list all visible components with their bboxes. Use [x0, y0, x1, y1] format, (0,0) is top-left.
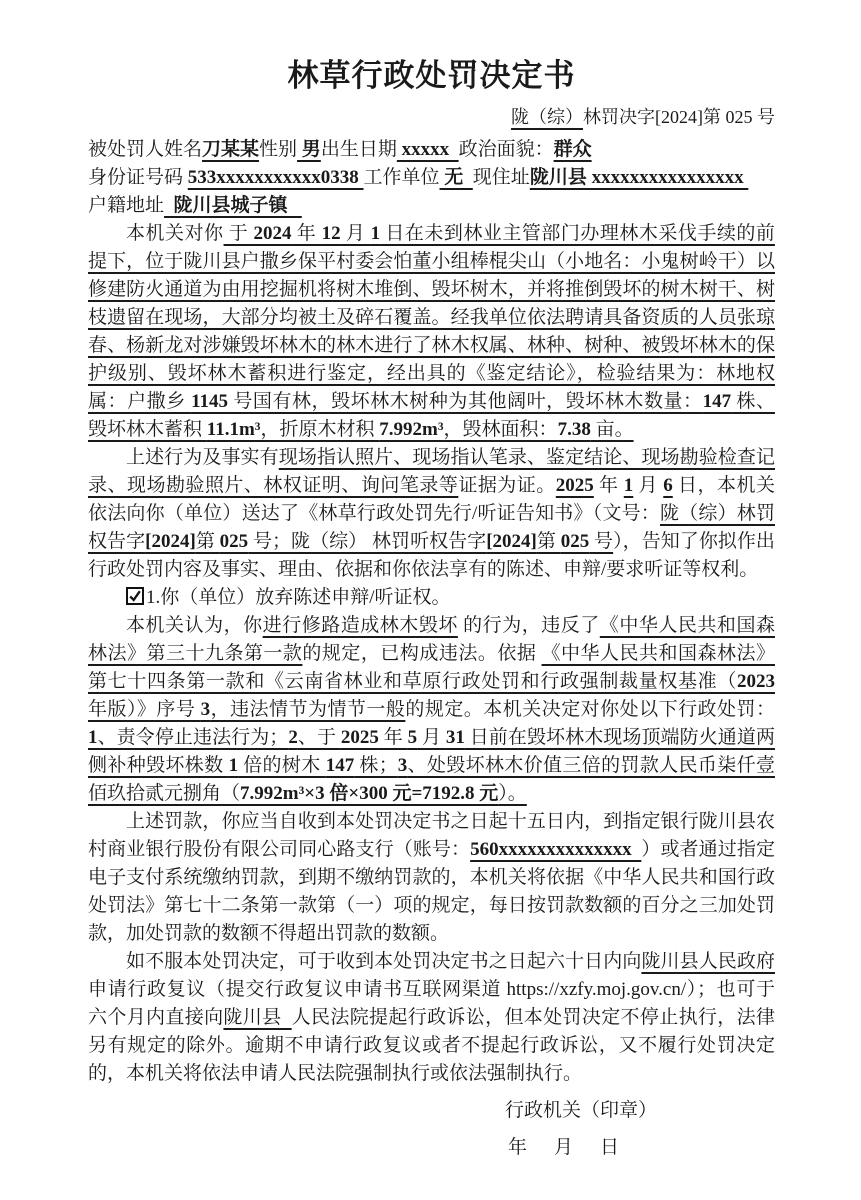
text-segment: 3	[201, 699, 211, 720]
text-segment: 1	[229, 755, 239, 776]
text-segment: 日在未到林业主管部门办理林木采伐手续的前提下，位于陇川县户撒乡保平村委会怕董小组…	[88, 223, 775, 412]
text-segment: 的行为，违反了	[458, 615, 600, 636]
text-segment: 025	[561, 531, 590, 552]
text-segment: 的规定，已构成违法。依据	[302, 643, 541, 664]
signature-date-line: 年 月 日	[88, 1133, 775, 1163]
info-line-registered-address: 户籍地址 陇川县城子镇	[88, 192, 775, 220]
text-segment: 2023	[737, 671, 775, 692]
text-segment: 户籍地址	[88, 195, 164, 216]
text-segment: 号；陇（综） 林罚听权告字	[248, 531, 486, 552]
waiver-statement-line: 1.你（单位）放弃陈述申辩/听证权。	[88, 584, 775, 612]
text-segment: 年版）》序号	[88, 699, 201, 720]
text-segment: 现住址	[473, 167, 530, 188]
text-segment: 被处罚人姓名	[88, 139, 202, 160]
text-segment: 月	[417, 727, 446, 748]
info-line-person: 被处罚人姓名刀某某性别 男出生日期 xxxxx 政治面貌：群众	[88, 136, 775, 164]
text-segment: 5	[408, 727, 418, 748]
text-segment: 1	[88, 727, 98, 748]
text-segment: 6	[663, 475, 673, 496]
text-segment: 林罚决字[2024]第 025 号	[583, 107, 775, 127]
text-segment: 陇（综）	[511, 107, 583, 127]
text-segment: 刀某某	[202, 139, 259, 160]
info-line-id: 身份证号码 533xxxxxxxxxxx0338 工作单位 无 现住址陇川县 x…	[88, 164, 775, 192]
text-segment: 1	[371, 223, 381, 244]
text-segment: 年	[292, 223, 322, 244]
text-segment: 025	[220, 531, 249, 552]
text-segment: 7.992m³	[379, 419, 443, 440]
text-segment: 证据为证。	[458, 475, 555, 496]
text-segment: 1	[624, 475, 634, 496]
text-segment: 株；	[354, 755, 397, 776]
text-segment: 7.992m³×3 倍×300 元=7192.8 元	[240, 783, 498, 804]
text-segment: 如不服本处罚决定，可于收到本处罚决定书之日起六十日内向	[126, 951, 641, 972]
text-segment: 147	[703, 391, 732, 412]
text-segment: 7.38	[558, 419, 591, 440]
text-segment: ，毁林面积：	[444, 419, 558, 440]
text-segment: 月	[633, 475, 663, 496]
text-segment: 2025	[341, 727, 379, 748]
text-segment: 陇川县 xxxxxxxxxxxxxxxx	[530, 167, 749, 188]
text-segment: 号	[589, 531, 613, 552]
text-segment: 533xxxxxxxxxxx0338	[188, 167, 364, 188]
paragraph-appeal-rights: 如不服本处罚决定，可于收到本处罚决定书之日起六十日内向陇川县人民政府申请行政复议…	[88, 948, 775, 1088]
text-segment: 陇川县人民政府	[641, 951, 775, 972]
text-segment: [2024]	[486, 531, 537, 552]
checked-checkbox-icon	[126, 587, 144, 605]
text-segment: 第	[196, 531, 220, 552]
document-number: 陇（综）林罚决字[2024]第 025 号	[88, 102, 775, 132]
paragraph-facts: 本机关对你 于 2024 年 12 月 1 日在未到林业主管部门办理林木采伐手续…	[88, 220, 775, 444]
text-segment: 2	[288, 727, 298, 748]
text-segment: 、责令停止违法行为；	[98, 727, 289, 748]
paragraph-payment: 上述罚款，你应当自收到本处罚决定书之日起十五日内，到指定银行陇川县农村商业银行股…	[88, 808, 775, 948]
text-segment: ，违法情节为情节一般	[210, 699, 405, 720]
text-segment: 月	[341, 223, 371, 244]
text-segment: 31	[446, 727, 465, 748]
text-segment: 1.你（单位）放弃陈述申辩/听证权。	[146, 587, 451, 608]
text-segment: 性别	[259, 139, 297, 160]
text-segment: 本机关对你	[126, 223, 224, 244]
text-segment: 陇川县	[223, 1007, 291, 1028]
text-segment: 无	[440, 167, 473, 188]
text-segment: 男	[297, 139, 321, 160]
penalty-decision-document: 林草行政处罚决定书 陇（综）林罚决字[2024]第 025 号 被处罚人姓名刀某…	[0, 0, 861, 1200]
text-segment: 号国有林，毁坏林木树种为其他阔叶，毁坏林木数量：	[228, 391, 703, 412]
text-segment: 3	[398, 755, 408, 776]
text-segment: 出生日期	[321, 139, 397, 160]
text-segment: 上述行为及事实有	[126, 447, 279, 468]
text-segment: 2024	[254, 223, 292, 244]
text-segment: 倍的树木	[238, 755, 326, 776]
text-segment: 工作单位	[364, 167, 440, 188]
text-segment: 身份证号码	[88, 167, 188, 188]
text-segment: 群众	[554, 139, 592, 160]
signature-authority-line: 行政机关（印章）	[88, 1096, 775, 1126]
text-segment: 本机关认为，你	[126, 615, 263, 636]
text-segment: 11.1m³	[207, 419, 261, 440]
text-segment: 年	[594, 475, 624, 496]
text-segment: 的规定。本机关决定对你处以下行政处罚：	[405, 699, 775, 720]
text-segment: 亩。	[591, 419, 634, 440]
text-segment: [2024]	[145, 531, 196, 552]
text-segment: ，折原木材积	[261, 419, 380, 440]
text-segment: ）。	[498, 783, 527, 804]
document-title: 林草行政处罚决定书	[88, 56, 775, 96]
text-segment: 147	[326, 755, 355, 776]
text-segment: 1145	[191, 391, 228, 412]
text-segment: 、于	[298, 727, 341, 748]
paragraph-evidence-notice: 上述行为及事实有现场指认照片、现场指认笔录、鉴定结论、现场勘验检查记录、现场勘验…	[88, 444, 775, 584]
text-segment: xxxxx	[397, 139, 459, 160]
text-segment: 政治面貌：	[459, 139, 554, 160]
text-segment: 进行修路造成林木毁坏	[263, 615, 458, 636]
text-segment: 12	[322, 223, 341, 244]
paragraph-decision: 本机关认为，你进行修路造成林木毁坏 的行为，违反了《中华人民共和国森林法》第三十…	[88, 612, 775, 808]
text-segment: 560xxxxxxxxxxxxxx	[470, 839, 641, 860]
waiver-statement-text: 1.你（单位）放弃陈述申辩/听证权。	[146, 587, 451, 608]
text-segment: 第	[537, 531, 561, 552]
text-segment: 年	[379, 727, 408, 748]
text-segment: 陇川县城子镇	[164, 195, 302, 216]
text-segment: 于	[224, 223, 254, 244]
text-segment: 2025	[556, 475, 594, 496]
